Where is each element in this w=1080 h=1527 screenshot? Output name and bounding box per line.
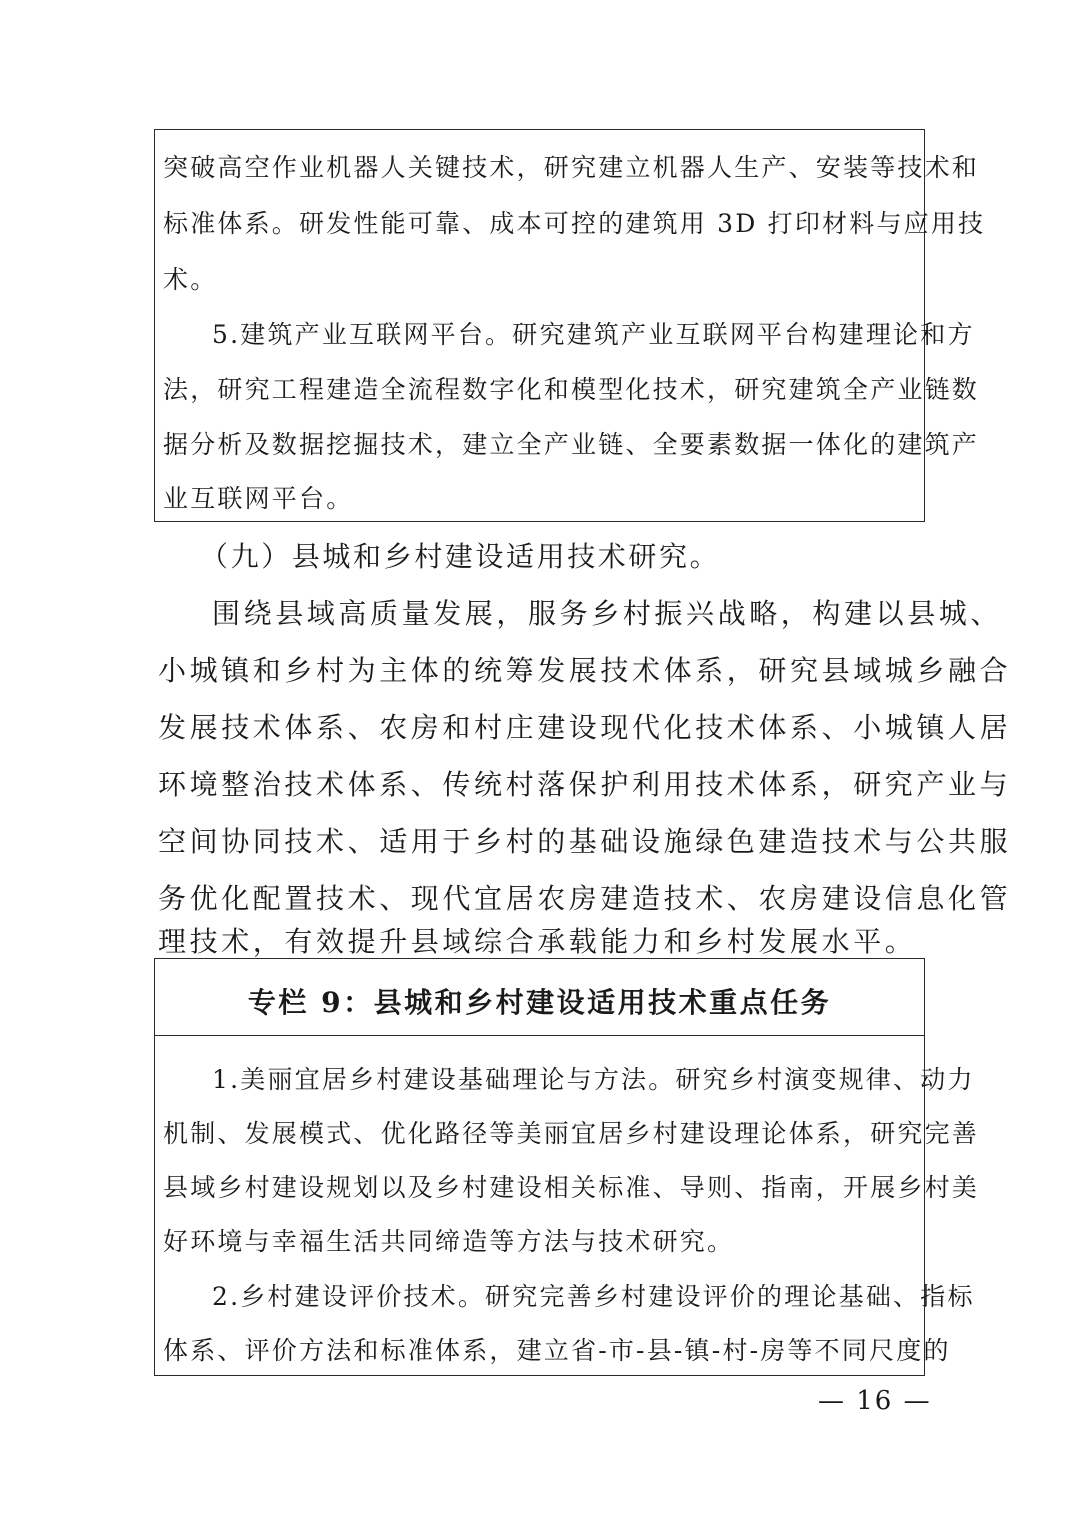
paragraph-line-7: 理技术，有效提升县域综合承载能力和乡村发展水平。 (158, 925, 916, 959)
paragraph-line-2: 小城镇和乡村为主体的统筹发展技术体系，研究县域城乡融合 (158, 654, 1011, 688)
column9-line-3: 县域乡村建设规划以及乡村建设相关标准、导则、指南，开展乡村美 (163, 1173, 979, 1203)
column9-line-2: 机制、发展模式、优化路径等美丽宜居乡村建设理论体系，研究完善 (163, 1119, 979, 1149)
paragraph-line-6: 务优化配置技术、现代宜居农房建造技术、农房建设信息化管 (158, 882, 1011, 916)
paragraph-line-5: 空间协同技术、适用于乡村的基础设施绿色建造技术与公共服 (158, 825, 1011, 859)
column9-header-box: 专栏 9：县城和乡村建设适用技术重点任务 (154, 958, 925, 1036)
box1-item-5-title-line: 5.建筑产业互联网平台。研究建筑产业互联网平台构建理论和方 (212, 320, 975, 350)
box1-line-7: 业互联网平台。 (163, 484, 353, 514)
column9-line-6: 体系、评价方法和标准体系，建立省-市-县-镇-村-房等不同尺度的 (163, 1336, 951, 1366)
page-number: — 16 — (818, 1386, 932, 1416)
column9-title: 专栏 9：县城和乡村建设适用技术重点任务 (155, 981, 924, 1021)
paragraph-line-3: 发展技术体系、农房和村庄建设现代化技术体系、小城镇人居 (158, 711, 1011, 745)
document-page: 突破高空作业机器人关键技术，研究建立机器人生产、安装等技术和 标准体系。研发性能… (0, 0, 1080, 1527)
box1-line-3: 术。 (163, 265, 217, 295)
box1-line-2: 标准体系。研发性能可靠、成本可控的建筑用 3D 打印材料与应用技 (163, 209, 985, 239)
paragraph-line-1: 围绕县域高质量发展，服务乡村振兴战略，构建以县城、 (212, 597, 1002, 631)
box1-line-1: 突破高空作业机器人关键技术，研究建立机器人生产、安装等技术和 (163, 153, 979, 183)
paragraph-line-4: 环境整治技术体系、传统村落保护利用技术体系，研究产业与 (158, 768, 1011, 802)
column9-item-2-title-line: 2.乡村建设评价技术。研究完善乡村建设评价的理论基础、指标 (212, 1282, 975, 1312)
column9-item-1-title-line: 1.美丽宜居乡村建设基础理论与方法。研究乡村演变规律、动力 (212, 1065, 975, 1095)
column9-line-4: 好环境与幸福生活共同缔造等方法与技术研究。 (163, 1227, 734, 1257)
box1-line-6: 据分析及数据挖掘技术，建立全产业链、全要素数据一体化的建筑产 (163, 430, 979, 460)
section-heading: （九）县城和乡村建设适用技术研究。 (200, 540, 720, 574)
box1-line-5: 法，研究工程建造全流程数字化和模型化技术，研究建筑全产业链数 (163, 375, 979, 405)
